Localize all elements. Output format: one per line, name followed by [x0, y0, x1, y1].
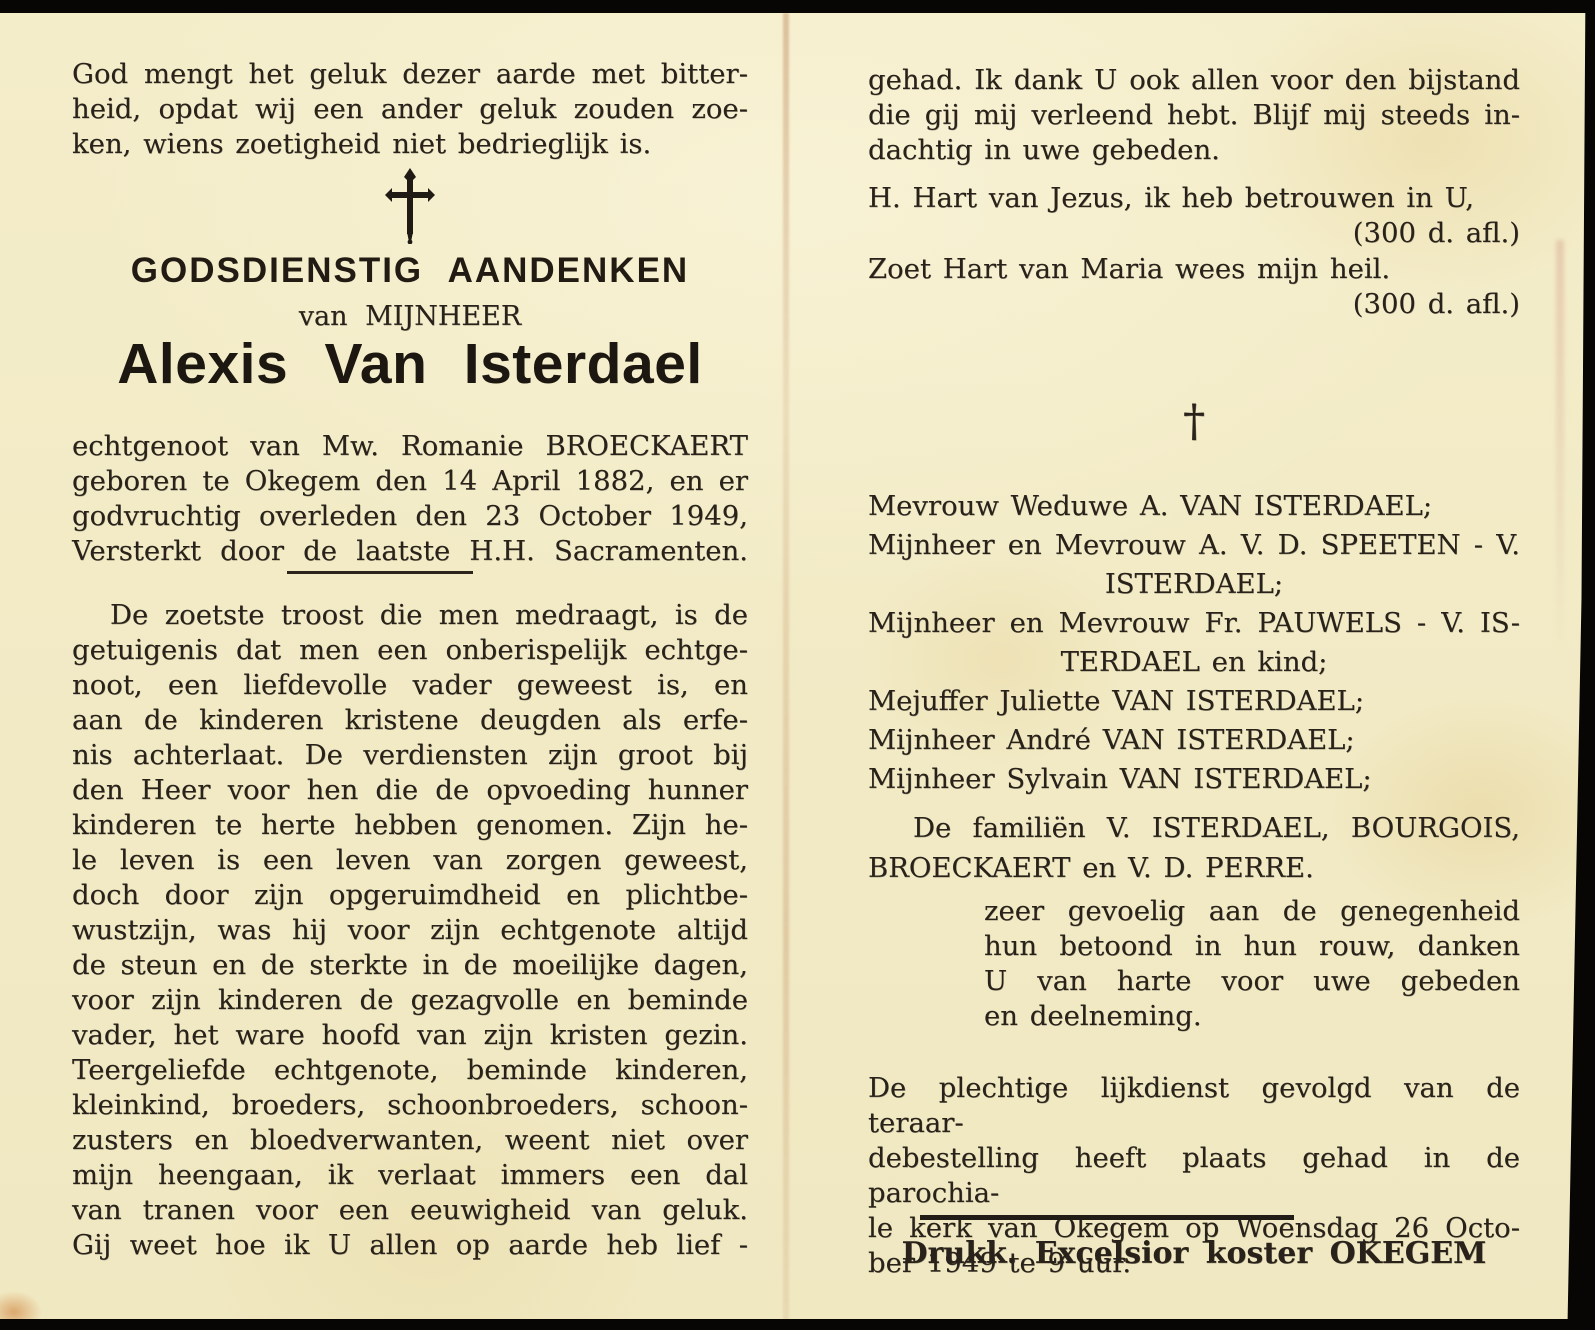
- text-line: zusters en bloedverwanten, weent niet ov…: [72, 1123, 748, 1158]
- dagger-cross-icon: †: [868, 400, 1520, 444]
- indulgence-note: (300 d. afl.): [868, 216, 1520, 251]
- text-line: die gij mij verleend hebt. Blijf mij ste…: [868, 98, 1520, 133]
- text-line: ISTERDAEL;: [868, 565, 1520, 604]
- text-line: le leven is een leven van zorgen geweest…: [72, 843, 748, 878]
- text-line: zeer gevoelig aan de genegenheid: [984, 894, 1520, 929]
- text-line: BROECKAERT en V. D. PERRE.: [868, 848, 1520, 888]
- text-line: kleinkind, broeders, schoonbroeders, sch…: [72, 1088, 748, 1123]
- prayer-maria: Zoet Hart van Maria wees mijn heil. (300…: [868, 252, 1520, 322]
- text-line: heid, opdat wij een ander geluk zouden z…: [72, 92, 748, 127]
- text-line: Zoet Hart van Maria wees mijn heil.: [868, 252, 1520, 287]
- text-line: echtgenoot van Mw. Romanie BROECKAERT: [72, 429, 748, 464]
- text-line: mijn heengaan, ik verlaat immers een dal: [72, 1158, 748, 1193]
- text-line: God mengt het geluk dezer aarde met bitt…: [72, 57, 748, 92]
- thanks-text: zeer gevoelig aan de genegenheid hun bet…: [984, 894, 1520, 1034]
- text-line: den Heer voor hen die de opvoeding hunne…: [72, 773, 748, 808]
- scan-edge-right: [1565, 0, 1595, 1330]
- text-line: Mijnheer en Mevrouw A. V. D. SPEETEN - V…: [868, 526, 1520, 565]
- text-line: debestelling heeft plaats gehad in de pa…: [868, 1141, 1520, 1211]
- text-line: getuigenis dat men een onberispelijk ech…: [72, 633, 748, 668]
- scan-edge-bottom: [0, 1319, 1595, 1330]
- memorial-heading: GODSDIENSTIG AANDENKEN: [72, 251, 748, 291]
- prayer-jesus: H. Hart van Jezus, ik heb betrouwen in U…: [868, 181, 1520, 251]
- text-line: godvruchtig overleden den 23 October 194…: [72, 499, 748, 534]
- text-line: Teergeliefde echtgenote, beminde kindere…: [72, 1053, 748, 1088]
- text-line: Mejuffer Juliette VAN ISTERDAEL;: [868, 682, 1520, 721]
- printer-credit: Drukk. Excelsior koster OKEGEM: [868, 1236, 1520, 1271]
- memorial-cross: [72, 168, 748, 248]
- text-line: vader, het ware hoofd van zijn kristen g…: [72, 1018, 748, 1053]
- text-line: hun betoond in hun rouw, danken: [984, 929, 1520, 964]
- text-line: De familiën V. ISTERDAEL, BOURGOIS,: [868, 808, 1520, 848]
- text-line: TERDAEL en kind;: [868, 643, 1520, 682]
- text-line: De zoetste troost die men medraagt, is d…: [72, 598, 748, 633]
- edge-stain: [1556, 240, 1564, 660]
- text-line: voor zijn kinderen de gezagvolle en bemi…: [72, 983, 748, 1018]
- center-fold: [783, 13, 789, 1330]
- text-line: van tranen voor een eeuwigheid van geluk…: [72, 1193, 748, 1228]
- text-line: ken, wiens zoetigheid niet bedrieglijk i…: [72, 127, 748, 162]
- divider-line: [287, 571, 473, 574]
- continuation-text: gehad. Ik dank U ook allen voor den bijs…: [868, 63, 1520, 168]
- page-right: gehad. Ik dank U ook allen voor den bijs…: [868, 0, 1520, 1330]
- intro-verse: God mengt het geluk dezer aarde met bitt…: [72, 57, 748, 162]
- text-line: Versterkt door de laatste H.H. Sacrament…: [72, 534, 748, 569]
- text-line: aan de kinderen kristene deugden als erf…: [72, 703, 748, 738]
- divider-line: [920, 1215, 1294, 1220]
- bio-text: echtgenoot van Mw. Romanie BROECKAERT ge…: [72, 429, 748, 569]
- text-line: geboren te Okegem den 14 April 1882, en …: [72, 464, 748, 499]
- mourners-list: Mevrouw Weduwe A. VAN ISTERDAEL; Mijnhee…: [868, 487, 1520, 799]
- text-line: en deelneming.: [984, 999, 1520, 1034]
- text-line: wustzijn, was hij voor zijn echtgenote a…: [72, 913, 748, 948]
- text-line: Mijnheer Sylvain VAN ISTERDAEL;: [868, 760, 1520, 799]
- indulgence-note: (300 d. afl.): [868, 287, 1520, 322]
- page-left: God mengt het geluk dezer aarde met bitt…: [72, 0, 748, 1330]
- text-line: dachtig in uwe gebeden.: [868, 133, 1520, 168]
- deceased-name: Alexis Van Isterdael: [72, 331, 748, 397]
- text-line: Mevrouw Weduwe A. VAN ISTERDAEL;: [868, 487, 1520, 526]
- text-line: Mijnheer André VAN ISTERDAEL;: [868, 721, 1520, 760]
- memorial-card-scan: God mengt het geluk dezer aarde met bitt…: [0, 0, 1595, 1330]
- families-text: De familiën V. ISTERDAEL, BOURGOIS, BROE…: [868, 808, 1520, 888]
- budded-cross-icon: [385, 168, 435, 244]
- text-line: U van harte voor uwe gebeden: [984, 964, 1520, 999]
- text-line: de steun en de sterkte in de moeilijke d…: [72, 948, 748, 983]
- scan-edge-top: [0, 0, 1595, 13]
- text-line: nis achterlaat. De verdiensten zijn groo…: [72, 738, 748, 773]
- text-line: De plechtige lijkdienst gevolgd van de t…: [868, 1071, 1520, 1141]
- text-line: gehad. Ik dank U ook allen voor den bijs…: [868, 63, 1520, 98]
- text-line: H. Hart van Jezus, ik heb betrouwen in U…: [868, 181, 1520, 216]
- text-line: Mijnheer en Mevrouw Fr. PAUWELS - V. IS-: [868, 604, 1520, 643]
- text-line: kinderen te herte hebben genomen. Zijn h…: [72, 808, 748, 843]
- memorial-subheading: van MIJNHEER: [72, 301, 748, 332]
- text-line: doch door zijn opgeruimdheid en plichtbe…: [72, 878, 748, 913]
- eulogy-text: De zoetste troost die men medraagt, is d…: [72, 598, 748, 1263]
- text-line: Gij weet hoe ik U allen op aarde heb lie…: [72, 1228, 748, 1263]
- text-line: noot, een liefdevolle vader geweest is, …: [72, 668, 748, 703]
